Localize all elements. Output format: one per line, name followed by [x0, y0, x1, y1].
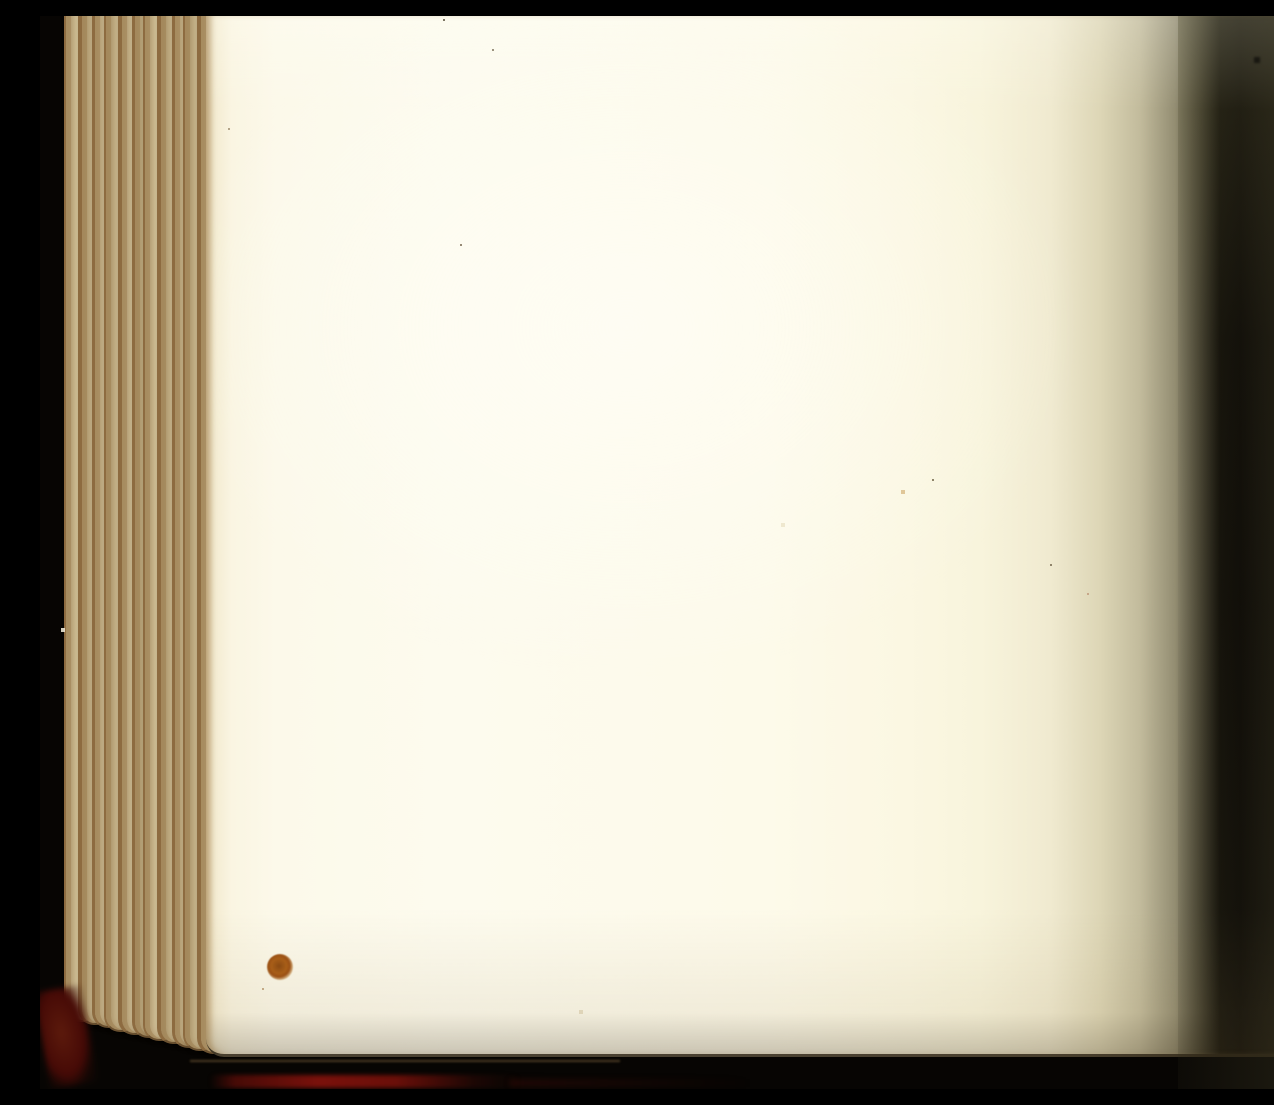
- red-cover-strip-faint: [510, 1079, 750, 1087]
- blank-page: [206, 16, 1274, 1057]
- page-bottom-shadow-line: [190, 1060, 620, 1062]
- red-cover-strip: [210, 1075, 520, 1088]
- book-scan: Scan of a blank right-hand page of an ol…: [40, 16, 1274, 1089]
- foxing-stain: [267, 954, 293, 980]
